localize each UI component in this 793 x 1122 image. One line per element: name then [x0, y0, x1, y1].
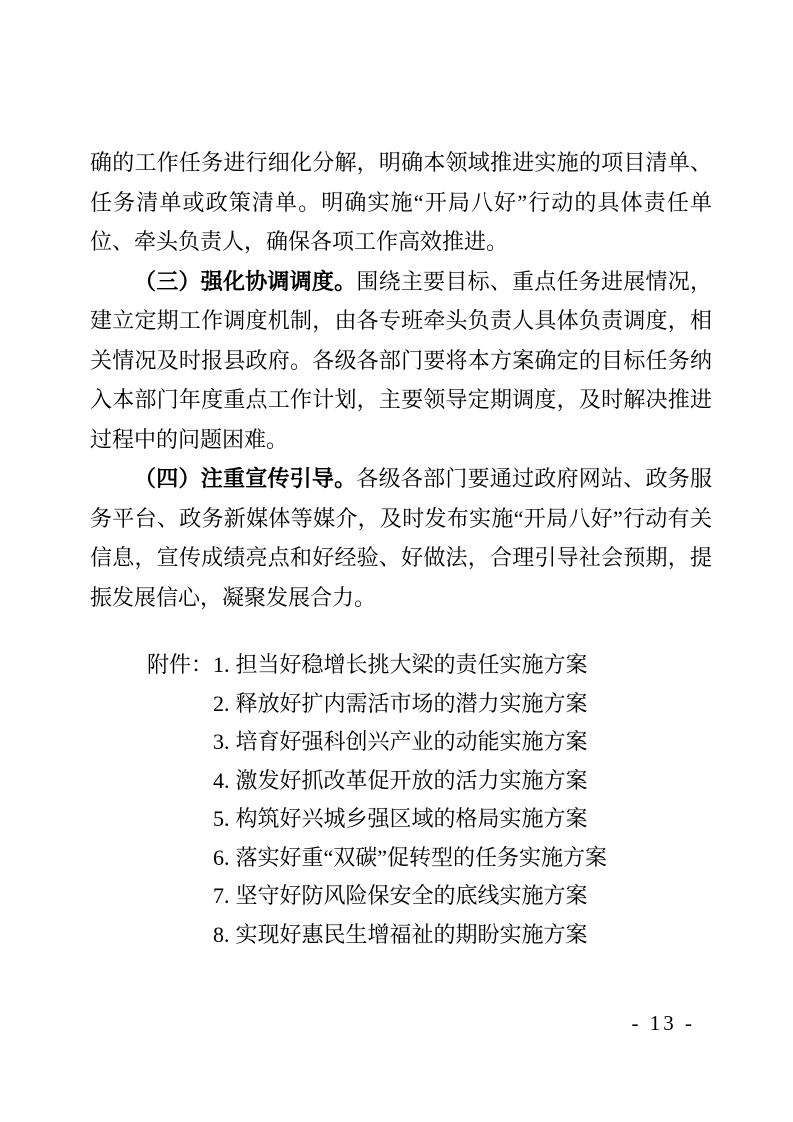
- attachment-item: 8. 实现好惠民生增福祉的期盼实施方案: [213, 916, 712, 955]
- attachment-number: 1.: [213, 646, 230, 685]
- attachments-block: 附件： 1. 担当好稳增长挑大梁的责任实施方案 2. 释放好扩内需活市场的潜力实…: [147, 646, 712, 954]
- attachment-number: 3.: [213, 723, 230, 762]
- paragraph-section-4: （四）注重宣传引导。各级各部门要通过政府网站、政务服务平台、政务新媒体等媒介，及…: [90, 459, 712, 617]
- attachment-title: 担当好稳增长挑大梁的责任实施方案: [236, 646, 588, 685]
- attachment-number: 8.: [213, 916, 230, 955]
- paragraph-text: 围绕主要目标、重点任务进展情况，建立定期工作调度机制，由各专班牵头负责人具体负责…: [90, 269, 712, 452]
- section-heading-3: （三）强化协调调度。: [134, 269, 356, 294]
- attachment-item: 5. 构筑好兴城乡强区域的格局实施方案: [213, 800, 712, 839]
- attachment-number: 2.: [213, 685, 230, 724]
- page-number: - 13 -: [632, 1011, 696, 1036]
- attachment-number: 7.: [213, 877, 230, 916]
- paragraph-section-3: （三）强化协调调度。围绕主要目标、重点任务进展情况，建立定期工作调度机制，由各专…: [90, 262, 712, 460]
- attachment-title: 落实好重“双碳”促转型的任务实施方案: [236, 839, 608, 878]
- attachments-row: 附件： 1. 担当好稳增长挑大梁的责任实施方案 2. 释放好扩内需活市场的潜力实…: [147, 646, 712, 954]
- paragraph-text: 确的工作任务进行细化分解，明确本领域推进实施的项目清单、任务清单或政策清单。明确…: [90, 150, 712, 254]
- attachment-item: 4. 激发好抓改革促开放的活力实施方案: [213, 762, 712, 801]
- attachment-item: 1. 担当好稳增长挑大梁的责任实施方案: [213, 646, 712, 685]
- attachments-list: 1. 担当好稳增长挑大梁的责任实施方案 2. 释放好扩内需活市场的潜力实施方案 …: [213, 646, 712, 954]
- attachment-title: 构筑好兴城乡强区域的格局实施方案: [236, 800, 588, 839]
- section-heading-4: （四）注重宣传引导。: [134, 466, 356, 491]
- attachment-item: 2. 释放好扩内需活市场的潜力实施方案: [213, 685, 712, 724]
- attachment-title: 坚守好防风险保安全的底线实施方案: [236, 877, 588, 916]
- document-body: 确的工作任务进行细化分解，明确本领域推进实施的项目清单、任务清单或政策清单。明确…: [90, 143, 712, 954]
- attachment-item: 3. 培育好强科创兴产业的动能实施方案: [213, 723, 712, 762]
- attachment-item: 6. 落实好重“双碳”促转型的任务实施方案: [213, 839, 712, 878]
- attachment-number: 6.: [213, 839, 230, 878]
- attachment-item: 7. 坚守好防风险保安全的底线实施方案: [213, 877, 712, 916]
- attachment-number: 4.: [213, 762, 230, 801]
- attachment-title: 实现好惠民生增福祉的期盼实施方案: [236, 916, 588, 955]
- paragraph-continuation: 确的工作任务进行细化分解，明确本领域推进实施的项目清单、任务清单或政策清单。明确…: [90, 143, 712, 262]
- attachments-label: 附件：: [147, 646, 213, 685]
- attachment-title: 释放好扩内需活市场的潜力实施方案: [236, 685, 588, 724]
- attachment-number: 5.: [213, 800, 230, 839]
- attachment-title: 激发好抓改革促开放的活力实施方案: [236, 762, 588, 801]
- document-page: 确的工作任务进行细化分解，明确本领域推进实施的项目清单、任务清单或政策清单。明确…: [0, 0, 793, 1122]
- attachment-title: 培育好强科创兴产业的动能实施方案: [236, 723, 588, 762]
